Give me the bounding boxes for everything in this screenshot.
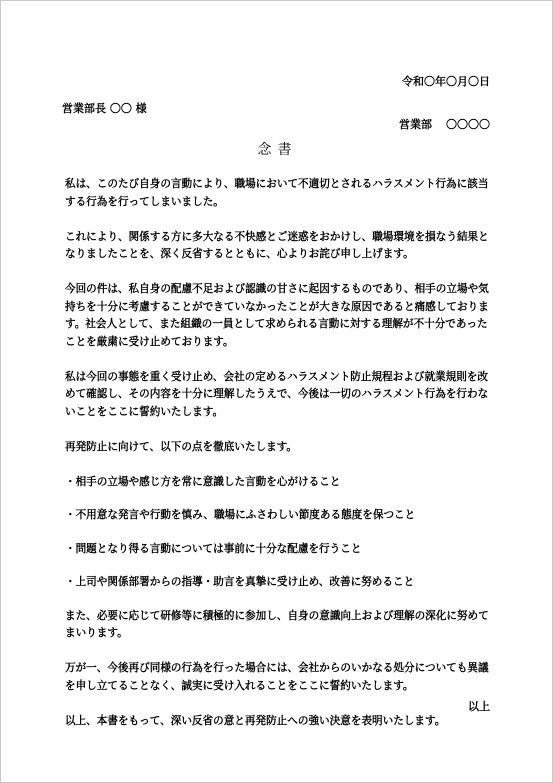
sender: 営業部〇〇〇〇: [399, 116, 490, 132]
closing-mark: 以上: [468, 698, 490, 714]
sender-department: 営業部: [399, 118, 432, 131]
sender-name: 〇〇〇〇: [446, 118, 490, 131]
document-page: 令和〇年〇月〇日 営業部長 〇〇 様 営業部〇〇〇〇 念書 私は、このたび自身の…: [0, 0, 553, 783]
paragraph-pledge: 私は今回の事態を重く受け止め、会社の定めるハラスメント防止規程および就業規則を改…: [65, 369, 495, 422]
paragraph-cause: 今回の件は、私自身の配慮不足および認識の甘さに起因するものであり、相手の立場や気…: [65, 281, 495, 351]
paragraph-apology: これにより、関係する方に多大なる不快感とご迷惑をおかけし、職場環境を損なう結果と…: [65, 229, 495, 264]
document-body: 私は、このたび自身の言動により、職場において不適切とされるハラスメント行為に該当…: [65, 176, 495, 748]
list-item: ・上司や関係部署からの指導・助言を真摯に受け止め、改善に努めること: [65, 574, 495, 592]
document-title: 念書: [1, 139, 553, 159]
document-date: 令和〇年〇月〇日: [402, 73, 490, 89]
paragraph-training: また、必要に応じて研修等に積極的に参加し、自身の意識向上および理解の深化に努めて…: [65, 608, 495, 643]
paragraph-conclusion: 以上、本書をもって、深い反省の意と再発防止への強い決意を表明いたします。: [65, 713, 495, 731]
list-item: ・不用意な発言や行動を慎み、職場にふさわしい節度ある態度を保つこと: [65, 507, 495, 525]
recipient: 営業部長 〇〇 様: [62, 100, 147, 116]
paragraph-incident: 私は、このたび自身の言動により、職場において不適切とされるハラスメント行為に該当…: [65, 176, 495, 211]
list-item: ・問題となり得る言動については事前に十分な配慮を行うこと: [65, 541, 495, 559]
paragraph-prevention-intro: 再発防止に向けて、以下の点を徹底いたします。: [65, 439, 495, 457]
paragraph-disciplinary: 万が一、今後再び同様の行為を行った場合には、会社からのいかなる処分についても異議…: [65, 660, 495, 695]
list-item: ・相手の立場や感じ方を常に意識した言動を心がけること: [65, 474, 495, 492]
